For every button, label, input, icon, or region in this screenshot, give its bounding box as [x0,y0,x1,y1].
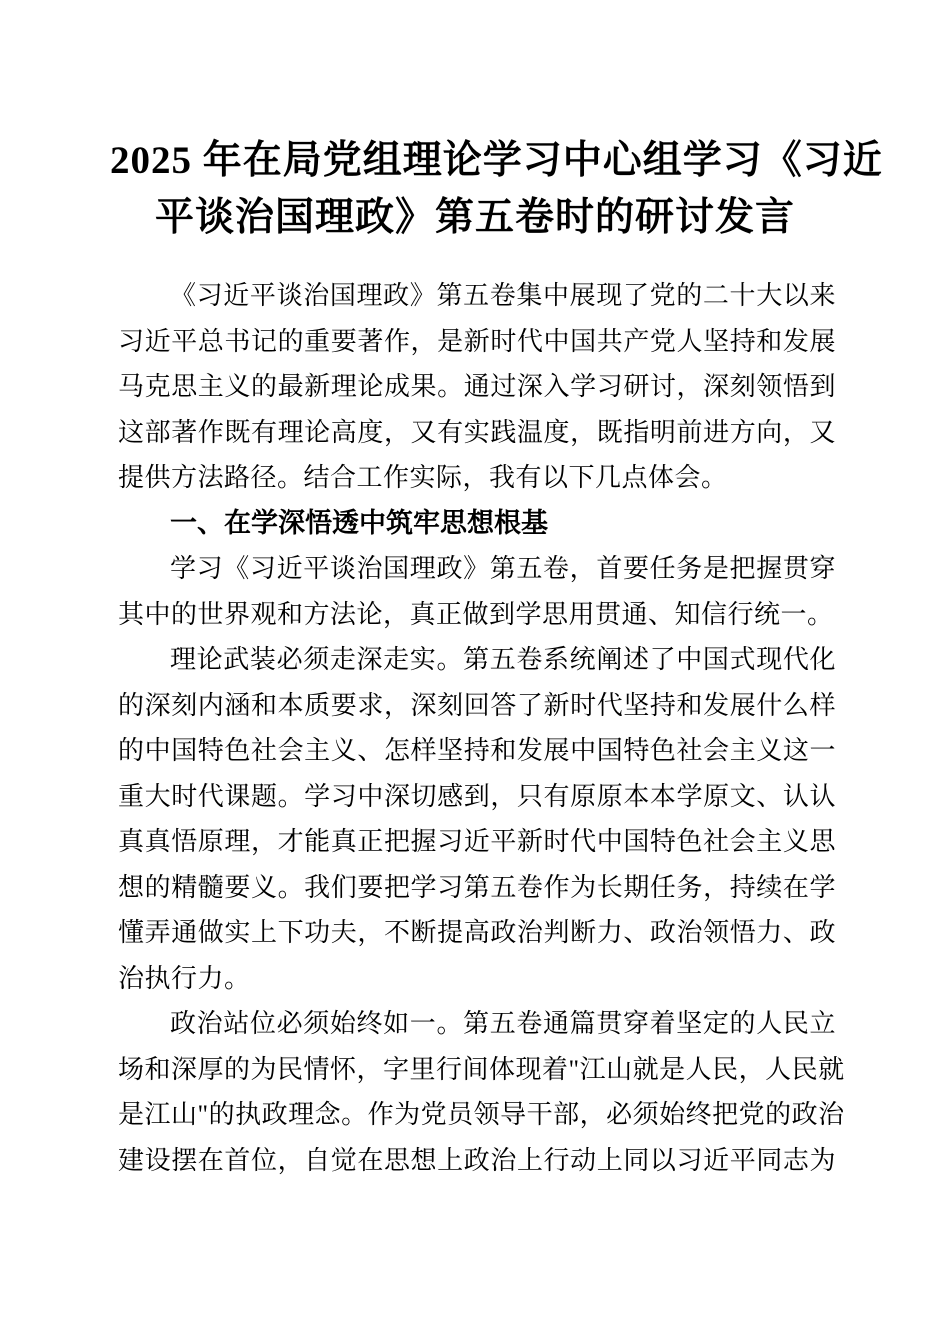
section-heading: 一、在学深悟透中筑牢思想根基 [118,501,836,547]
text-line: 重大时代课题。学习中深切感到，只有原原本本学原文、认认 [118,774,836,820]
text-line: 其中的世界观和方法论，真正做到学思用贯通、知信行统一。 [118,592,836,638]
paragraph: 政治站位必须始终如一。第五卷通篇贯穿着坚定的人民立场和深厚的为民情怀，字里行间体… [118,1001,836,1183]
text-line: 真真悟原理，才能真正把握习近平新时代中国特色社会主义思 [118,819,836,865]
text-line: 的深刻内涵和本质要求，深刻回答了新时代坚持和发展什么样 [118,683,836,729]
document-title: 2025 年在局党组理论学习中心组学习《习近平谈治国理政》第五卷时的研讨发言 [110,132,840,246]
text-line: 《习近平谈治国理政》第五卷集中展现了党的二十大以来 [118,273,836,319]
title-line: 2025 年在局党组理论学习中心组学习《习近 [110,132,840,189]
text-line: 是江山"的执政理念。作为党员领导干部，必须始终把党的政治 [118,1092,836,1138]
paragraph: 学习《习近平谈治国理政》第五卷，首要任务是把握贯穿其中的世界观和方法论，真正做到… [118,546,836,637]
text-line: 理论武装必须走深走实。第五卷系统阐述了中国式现代化 [118,637,836,683]
document-page: 2025 年在局党组理论学习中心组学习《习近平谈治国理政》第五卷时的研讨发言 《… [0,0,950,1344]
text-line: 治执行力。 [118,956,836,1002]
text-line: 懂弄通做实上下功夫，不断提高政治判断力、政治领悟力、政 [118,910,836,956]
text-line: 这部著作既有理论高度，又有实践温度，既指明前进方向，又 [118,410,836,456]
paragraph: 理论武装必须走深走实。第五卷系统阐述了中国式现代化的深刻内涵和本质要求，深刻回答… [118,637,836,1001]
document-body: 《习近平谈治国理政》第五卷集中展现了党的二十大以来习近平总书记的重要著作，是新时… [118,273,836,1183]
text-line: 场和深厚的为民情怀，字里行间体现着"江山就是人民，人民就 [118,1047,836,1093]
text-line: 的中国特色社会主义、怎样坚持和发展中国特色社会主义这一 [118,728,836,774]
paragraph: 《习近平谈治国理政》第五卷集中展现了党的二十大以来习近平总书记的重要著作，是新时… [118,273,836,501]
text-line: 建设摆在首位，自觉在思想上政治上行动上同以习近平同志为 [118,1138,836,1184]
text-line: 想的精髓要义。我们要把学习第五卷作为长期任务，持续在学 [118,865,836,911]
title-line: 平谈治国理政》第五卷时的研讨发言 [110,189,840,246]
text-line: 马克思主义的最新理论成果。通过深入学习研讨，深刻领悟到 [118,364,836,410]
text-line: 提供方法路径。结合工作实际，我有以下几点体会。 [118,455,836,501]
text-line: 政治站位必须始终如一。第五卷通篇贯穿着坚定的人民立 [118,1001,836,1047]
heading-line: 一、在学深悟透中筑牢思想根基 [118,501,836,547]
text-line: 习近平总书记的重要著作，是新时代中国共产党人坚持和发展 [118,319,836,365]
text-line: 学习《习近平谈治国理政》第五卷，首要任务是把握贯穿 [118,546,836,592]
